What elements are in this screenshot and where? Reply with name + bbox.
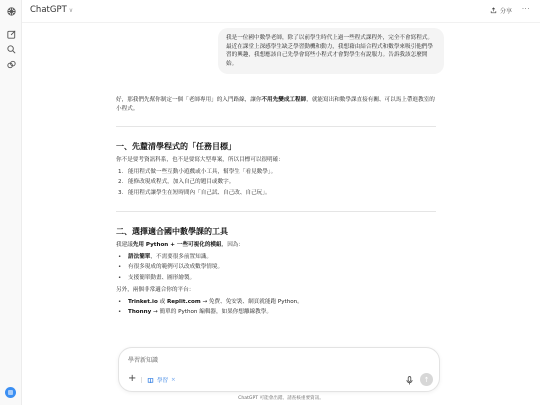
list-item: •語法簡單，不需要很多前置知識。 [116, 252, 436, 263]
model-label: ChatGPT [30, 5, 67, 15]
intro-paragraph: 好，那我們先幫你制定一個「老師專用」的入門路線，讓你不用先變成工程師，就能寫出和… [116, 96, 436, 113]
book-icon [147, 377, 154, 384]
openai-logo-icon[interactable] [5, 5, 17, 17]
divider [141, 377, 142, 383]
section-2-heading: 二、選擇適合國中數學課的工具 [116, 226, 436, 237]
list-item: •Thonny → 簡單的 Python 編輯器，如果你想離線教學。 [116, 307, 436, 318]
top-bar: ChatGPT ∨ 分享 ··· [22, 0, 540, 23]
study-mode-chip[interactable]: 學習 × [147, 376, 176, 384]
disclaimer: ChatGPT 可能會出錯。請查核重要資訊。 [0, 395, 540, 401]
list-item: 2.能修改現成程式，加入自己的題目或數字。 [116, 177, 436, 188]
close-icon[interactable]: × [171, 377, 176, 383]
platform-list: •Trinket.io 或 Replit.com → 免費、免安裝、網頁就能跑 … [116, 297, 436, 318]
user-message: 我是一位國中數學老師，除了以前學生時代上過一些程式課程外，完全不會寫程式。最近在… [218, 28, 444, 74]
section-1-lead: 你不是要考資訊科系，也不是要寫大型專案，所以目標可以很明確： [116, 156, 436, 165]
intro-bold: 不用先變成工程師 [261, 97, 306, 103]
sidebar-rail [0, 0, 22, 405]
share-button[interactable]: 分享 [490, 6, 512, 15]
share-icon [490, 7, 497, 14]
send-button[interactable]: ↑ [420, 373, 433, 386]
assistant-message: 好，那我們先幫你制定一個「老師專用」的入門路線，讓你不用先變成工程師，就能寫出和… [116, 96, 436, 321]
microphone-icon[interactable] [406, 376, 413, 385]
list-item: •支援簡單動畫、圖形繪製。 [116, 273, 436, 284]
message-input[interactable]: 學習新知識 [128, 355, 158, 364]
list-item: •Trinket.io 或 Replit.com → 免費、免安裝、網頁就能跑 … [116, 297, 436, 308]
platforms-lead: 另外，兩個非常適合你的平台： [116, 286, 436, 295]
chip-label: 學習 [157, 376, 168, 384]
new-chat-icon[interactable] [5, 28, 17, 40]
share-label: 分享 [500, 6, 512, 15]
more-options-button[interactable]: ··· [522, 5, 530, 13]
section-1-heading: 一、先釐清學程式的「任務目標」 [116, 141, 436, 152]
search-icon[interactable] [5, 43, 17, 55]
intro-text: 好，那我們先幫你制定一個「老師專用」的入門路線，讓你 [116, 97, 261, 103]
list-item: •有很多現成的範例可以改成數學情境。 [116, 262, 436, 273]
message-composer[interactable]: 學習新知識 + 學習 × ↑ [118, 347, 440, 392]
divider [116, 126, 436, 127]
section-2-lead: 我建議先用 Python + 一些可視化的模組，因為： [116, 241, 436, 250]
model-selector[interactable]: ChatGPT ∨ [30, 5, 73, 15]
add-attachment-button[interactable]: + [128, 374, 136, 384]
reason-list: •語法簡單，不需要很多前置知識。 •有很多現成的範例可以改成數學情境。 •支援簡… [116, 252, 436, 284]
goal-list: 1.能用程式做一些互動小遊戲或小工具，幫學生「看見數學」。 2.能修改現成程式，… [116, 167, 436, 199]
divider [116, 211, 436, 212]
library-icon[interactable] [5, 58, 17, 70]
list-item: 3.能用程式讓學生在短時間內「自己試、自己改、自己玩」。 [116, 188, 436, 199]
chevron-down-icon: ∨ [69, 7, 73, 14]
list-item: 1.能用程式做一些互動小遊戲或小工具，幫學生「看見數學」。 [116, 167, 436, 178]
